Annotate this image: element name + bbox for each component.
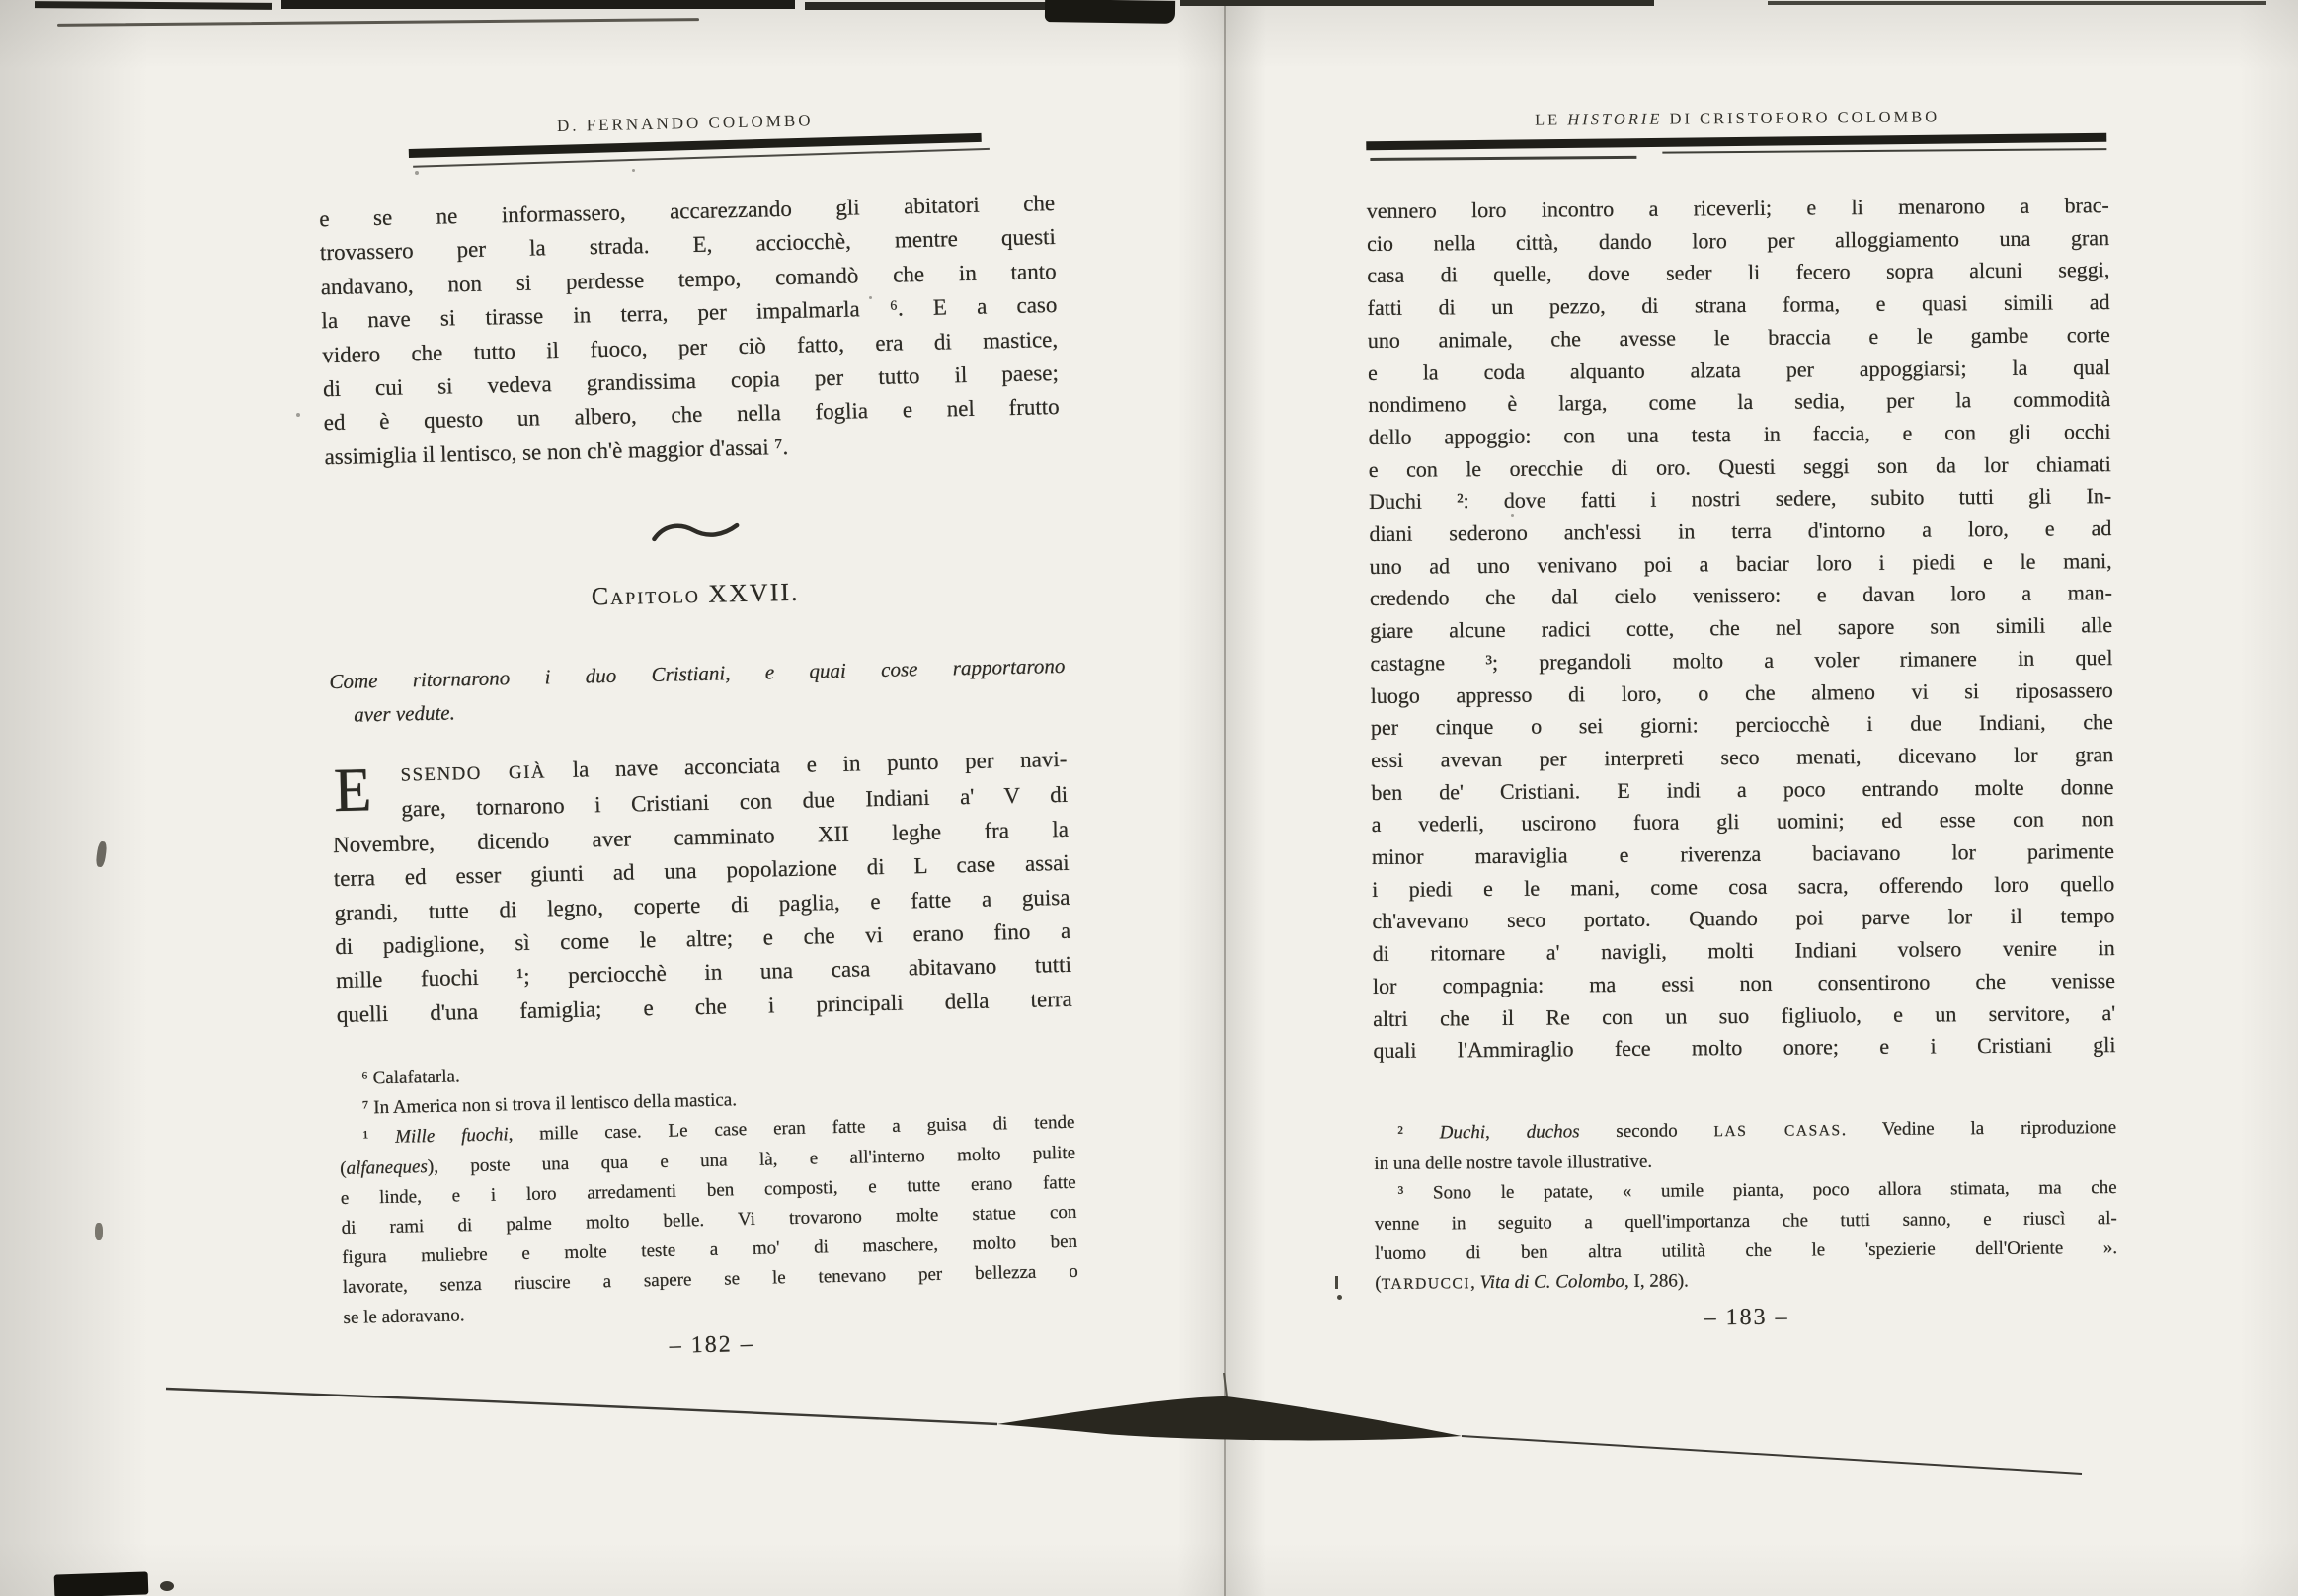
right-page: LE HISTORIE DI CRISTOFORO COLOMBO venner… bbox=[1366, 91, 2118, 1381]
gutter-shadow bbox=[148, 1373, 2103, 1486]
right-head-rule-thin-left bbox=[1370, 156, 1636, 161]
right-body: vennero loro incontro a riceverli; e li … bbox=[1367, 190, 2116, 1068]
text-line: lor compagnia: ma essi non consentirono … bbox=[1373, 965, 2115, 1003]
right-footnotes: ² Duchi, duchos secondo LAS CASAS. Vedin… bbox=[1374, 1113, 2117, 1300]
chapter-subtitle: Come ritornarono i duo Cristiani, e quai… bbox=[329, 649, 1066, 732]
left-footnotes: ⁶ Calafatarla.⁷ In America non si trova … bbox=[338, 1049, 1079, 1333]
paper-speck bbox=[415, 171, 419, 175]
scan-artifact-left-margin-smudge bbox=[95, 841, 108, 868]
scan-artifact-top-band-3 bbox=[805, 2, 1052, 10]
right-head-rule-thin-right bbox=[1662, 148, 2106, 154]
scan-artifact-top-band-4 bbox=[1180, 0, 1654, 6]
scan-artifact-bottom-left-blob bbox=[54, 1571, 149, 1596]
scan-artifact-top-squiggle bbox=[57, 18, 699, 27]
chapter-heading: Capitolo XXVII. bbox=[327, 572, 1063, 617]
text-line: ² Duchi, duchos secondo LAS CASAS. Vedin… bbox=[1374, 1113, 2116, 1150]
scan-artifact-top-band-1 bbox=[35, 1, 272, 10]
text-line: quali l'Ammiraglio fece molto onore; e i… bbox=[1373, 1029, 2115, 1068]
scan-artifact-top-band-2 bbox=[281, 0, 795, 9]
page-fold-shade bbox=[1177, 0, 1266, 1596]
paper-speck bbox=[1511, 514, 1514, 517]
scan-artifact-right-margin-tick bbox=[1335, 1276, 1338, 1289]
section-divider-ornament-icon bbox=[650, 519, 742, 547]
right-head-rule-thick bbox=[1366, 133, 2106, 151]
scan-artifact-bottom-left-dot bbox=[160, 1581, 174, 1591]
left-page: D. FERNANDO COLOMBO e se ne informassero… bbox=[316, 76, 1080, 1415]
scan-artifact-left-margin-mark bbox=[95, 1223, 103, 1240]
paper-speck bbox=[869, 296, 872, 299]
right-page-number: – 183 – bbox=[1376, 1302, 2118, 1334]
text-line: essi avevan per interpreti seco menati, … bbox=[1371, 739, 2113, 777]
paper-speck bbox=[632, 169, 635, 172]
book-scan: D. FERNANDO COLOMBO e se ne informassero… bbox=[0, 0, 2298, 1596]
scan-artifact-top-blob bbox=[1045, 0, 1175, 24]
left-paragraph-1: e se ne informassero, accarezzando gli a… bbox=[319, 187, 1061, 474]
text-line: (TARDUCCI, Vita di C. Colombo, I, 286). bbox=[1375, 1263, 2117, 1300]
paper-speck bbox=[296, 413, 300, 417]
page-fold-line bbox=[1224, 0, 1226, 1596]
scan-artifact-right-margin-dot bbox=[1337, 1295, 1342, 1300]
text-line: uno animale, che avesse le braccia e le … bbox=[1368, 319, 2110, 358]
text-line: l'uomo di ben altra utilità che le 'spez… bbox=[1375, 1234, 2117, 1269]
text-line: castagne ³; pregandoli molto a voler rim… bbox=[1370, 642, 2112, 680]
right-running-head: LE HISTORIE DI CRISTOFORO COLOMBO bbox=[1366, 106, 2108, 131]
text-line: vennero loro incontro a riceverli; e li … bbox=[1367, 190, 2109, 228]
scan-artifact-top-band-5 bbox=[1768, 1, 2266, 5]
text-line: diani sederono anch'essi in terra d'into… bbox=[1369, 513, 2111, 551]
text-line: dello appoggio: con una testa in faccia,… bbox=[1368, 416, 2110, 454]
left-paragraph-2: SSENDO GIÀ la nave acconciata e in punto… bbox=[331, 743, 1072, 1032]
